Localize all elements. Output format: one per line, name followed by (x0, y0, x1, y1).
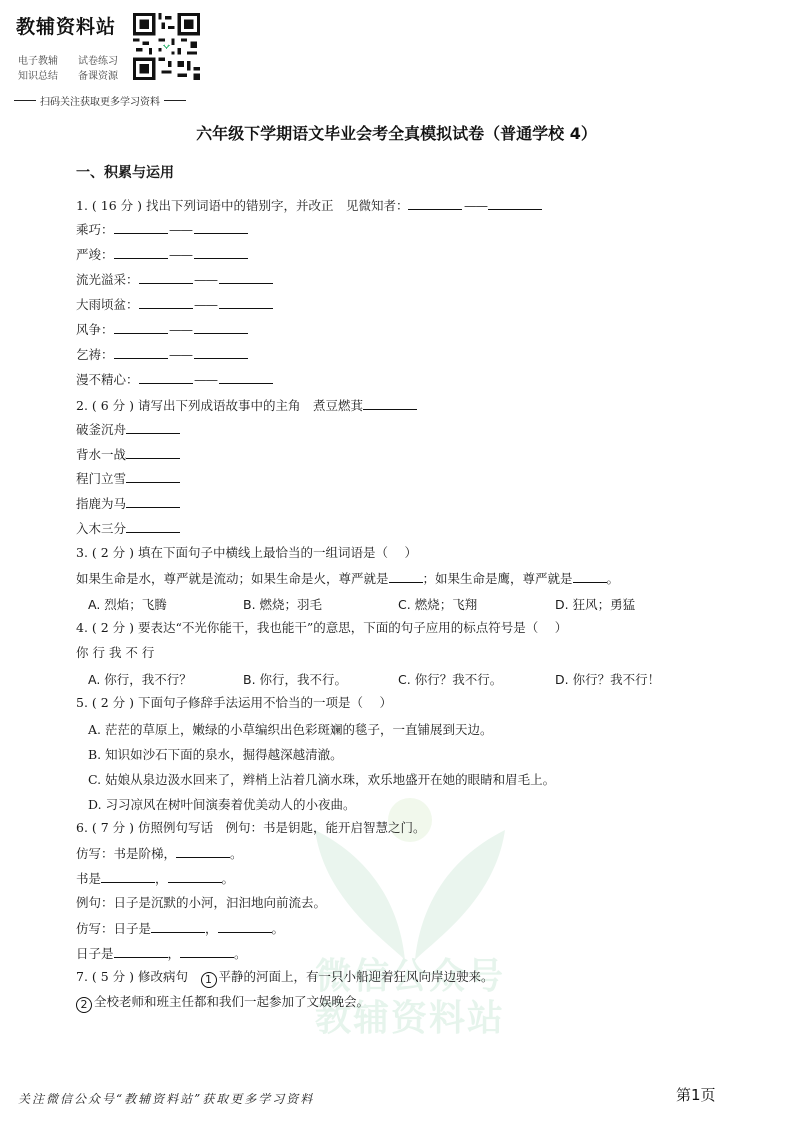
answer-blank[interactable] (126, 470, 180, 483)
link-knowledge-summary[interactable]: 知识总结 (18, 67, 58, 82)
answer-blank[interactable] (168, 870, 222, 883)
answer-blank[interactable] (114, 945, 168, 958)
question-6-line: 仿写：书是阶梯，。 (76, 845, 243, 862)
question-6-stem: 6. ( 7 分 ) 仿照例句写话 例句：书是钥匙，能开启智慧之门。 (76, 820, 426, 836)
brand-title: 教辅资料站 (16, 12, 116, 39)
question-1-item: 严竣：—— (76, 246, 248, 263)
question-6-line: 仿写：日子是，。 (76, 920, 284, 937)
answer-blank[interactable] (219, 271, 273, 284)
option-b[interactable]: B. 燃烧；羽毛 (243, 595, 322, 613)
option-d[interactable]: D. 你行？我不行！ (555, 670, 660, 688)
question-2-item: 破釜沉舟 (76, 421, 180, 438)
option-d[interactable]: D. 狂风；勇猛 (555, 595, 635, 613)
question-6-line: 日子是，。 (76, 945, 247, 962)
question-1-item: 漫不精心：—— (76, 371, 273, 388)
divider (14, 100, 36, 101)
answer-blank[interactable] (488, 197, 542, 210)
question-4-stem: 4. ( 2 分 ) 要表达“不光你能干，我也能干”的意思，下面的句子应用的标点… (76, 620, 567, 636)
footer-promo: 关注微信公众号“教辅资料站”获取更多学习资料 (18, 1090, 314, 1107)
answer-blank[interactable] (194, 246, 248, 259)
question-5-stem: 5. ( 2 分 ) 下面句子修辞手法运用不恰当的一项是（ ） (76, 695, 392, 711)
question-1-stem: 1. ( 16 分 ) 找出下列词语中的错别字，并改正 见微知者：—— (76, 197, 542, 214)
answer-blank[interactable] (219, 371, 273, 384)
qr-code-icon[interactable] (133, 13, 200, 80)
link-lesson-resources[interactable]: 备课资源 (78, 67, 118, 82)
answer-blank[interactable] (219, 296, 273, 309)
answer-blank[interactable] (180, 945, 234, 958)
answer-blank[interactable] (114, 346, 168, 359)
answer-blank[interactable] (176, 845, 230, 858)
question-7-sentence: 2全校老师和班主任都和我们一起参加了文娱晚会。 (76, 994, 369, 1013)
answer-blank[interactable] (114, 221, 168, 234)
circled-number-2: 2 (76, 997, 92, 1013)
answer-blank[interactable] (389, 570, 423, 583)
option-a[interactable]: A. 茫茫的草原上，嫩绿的小草编织出色彩斑斓的毯子，一直铺展到天边。 (88, 720, 493, 738)
answer-blank[interactable] (218, 920, 272, 933)
answer-blank[interactable] (194, 346, 248, 359)
answer-blank[interactable] (126, 520, 180, 533)
link-exam-practice[interactable]: 试卷练习 (78, 52, 118, 67)
answer-blank[interactable] (126, 421, 180, 434)
question-2-item: 程门立雪 (76, 470, 180, 487)
question-1-item: 流光溢采：—— (76, 271, 273, 288)
question-4-sentence: 你 行 我 不 行 (76, 645, 154, 661)
question-3-sentence: 如果生命是水，尊严就是流动；如果生命是火，尊严就是；如果生命是鹰，尊严就是。 (76, 570, 619, 587)
answer-blank[interactable] (126, 446, 180, 459)
answer-blank[interactable] (114, 246, 168, 259)
section-heading: 一、积累与运用 (76, 162, 174, 182)
question-2-item: 背水一战 (76, 446, 180, 463)
circled-number-1: 1 (201, 972, 217, 988)
question-2-item: 指鹿为马 (76, 495, 180, 512)
tagline-text: 扫码关注获取更多学习资料 (40, 93, 160, 108)
qr-tagline: 扫码关注获取更多学习资料 (14, 93, 186, 108)
question-2-stem: 2. ( 6 分 ) 请写出下列成语故事中的主角 煮豆燃萁 (76, 397, 417, 414)
question-1-item: 乘巧：—— (76, 221, 248, 238)
question-1-item: 大雨顷盆：—— (76, 296, 273, 313)
answer-blank[interactable] (573, 570, 607, 583)
question-6-line: 书是，。 (76, 870, 234, 887)
question-3-stem: 3. ( 2 分 ) 填在下面句子中横线上最恰当的一组词语是（ ） (76, 545, 417, 561)
answer-blank[interactable] (151, 920, 205, 933)
answer-blank[interactable] (363, 397, 417, 410)
answer-blank[interactable] (139, 371, 193, 384)
answer-blank[interactable] (194, 221, 248, 234)
option-c[interactable]: C. 姑娘从泉边汲水回来了，辫梢上沾着几滴水珠，欢乐地盛开在她的眼睛和眉毛上。 (88, 770, 555, 788)
option-a[interactable]: A. 你行，我不行？ (88, 670, 192, 688)
question-2-item: 入木三分 (76, 520, 180, 537)
question-1-item: 风争：—— (76, 321, 248, 338)
option-a[interactable]: A. 烈焰；飞腾 (88, 595, 167, 613)
answer-blank[interactable] (139, 271, 193, 284)
answer-blank[interactable] (408, 197, 462, 210)
answer-blank[interactable] (126, 495, 180, 508)
option-d[interactable]: D. 习习凉风在树叶间演奏着优美动人的小夜曲。 (88, 795, 356, 813)
answer-blank[interactable] (114, 321, 168, 334)
option-b[interactable]: B. 知识如沙石下面的泉水，掘得越深越清澈。 (88, 745, 343, 763)
answer-blank[interactable] (101, 870, 155, 883)
page-title: 六年级下学期语文毕业会考全真模拟试卷（普通学校 4） (0, 121, 793, 144)
question-6-example: 例句：日子是沉默的小河，汩汩地向前流去。 (76, 895, 326, 911)
answer-blank[interactable] (194, 321, 248, 334)
option-b[interactable]: B. 你行，我不行。 (243, 670, 347, 688)
question-1-item: 乞祷：—— (76, 346, 248, 363)
option-c[interactable]: C. 燃烧；飞翔 (398, 595, 477, 613)
answer-blank[interactable] (139, 296, 193, 309)
link-e-textbook[interactable]: 电子教辅 (18, 52, 58, 67)
divider (164, 100, 186, 101)
option-c[interactable]: C. 你行？我不行。 (398, 670, 502, 688)
question-7-stem: 7. ( 5 分 ) 修改病句 1平静的河面上，有一只小船迎着狂风向岸边驶来。 (76, 969, 494, 988)
leaf-logo-icon (295, 790, 525, 970)
page-number: 第1页 (676, 1084, 716, 1105)
